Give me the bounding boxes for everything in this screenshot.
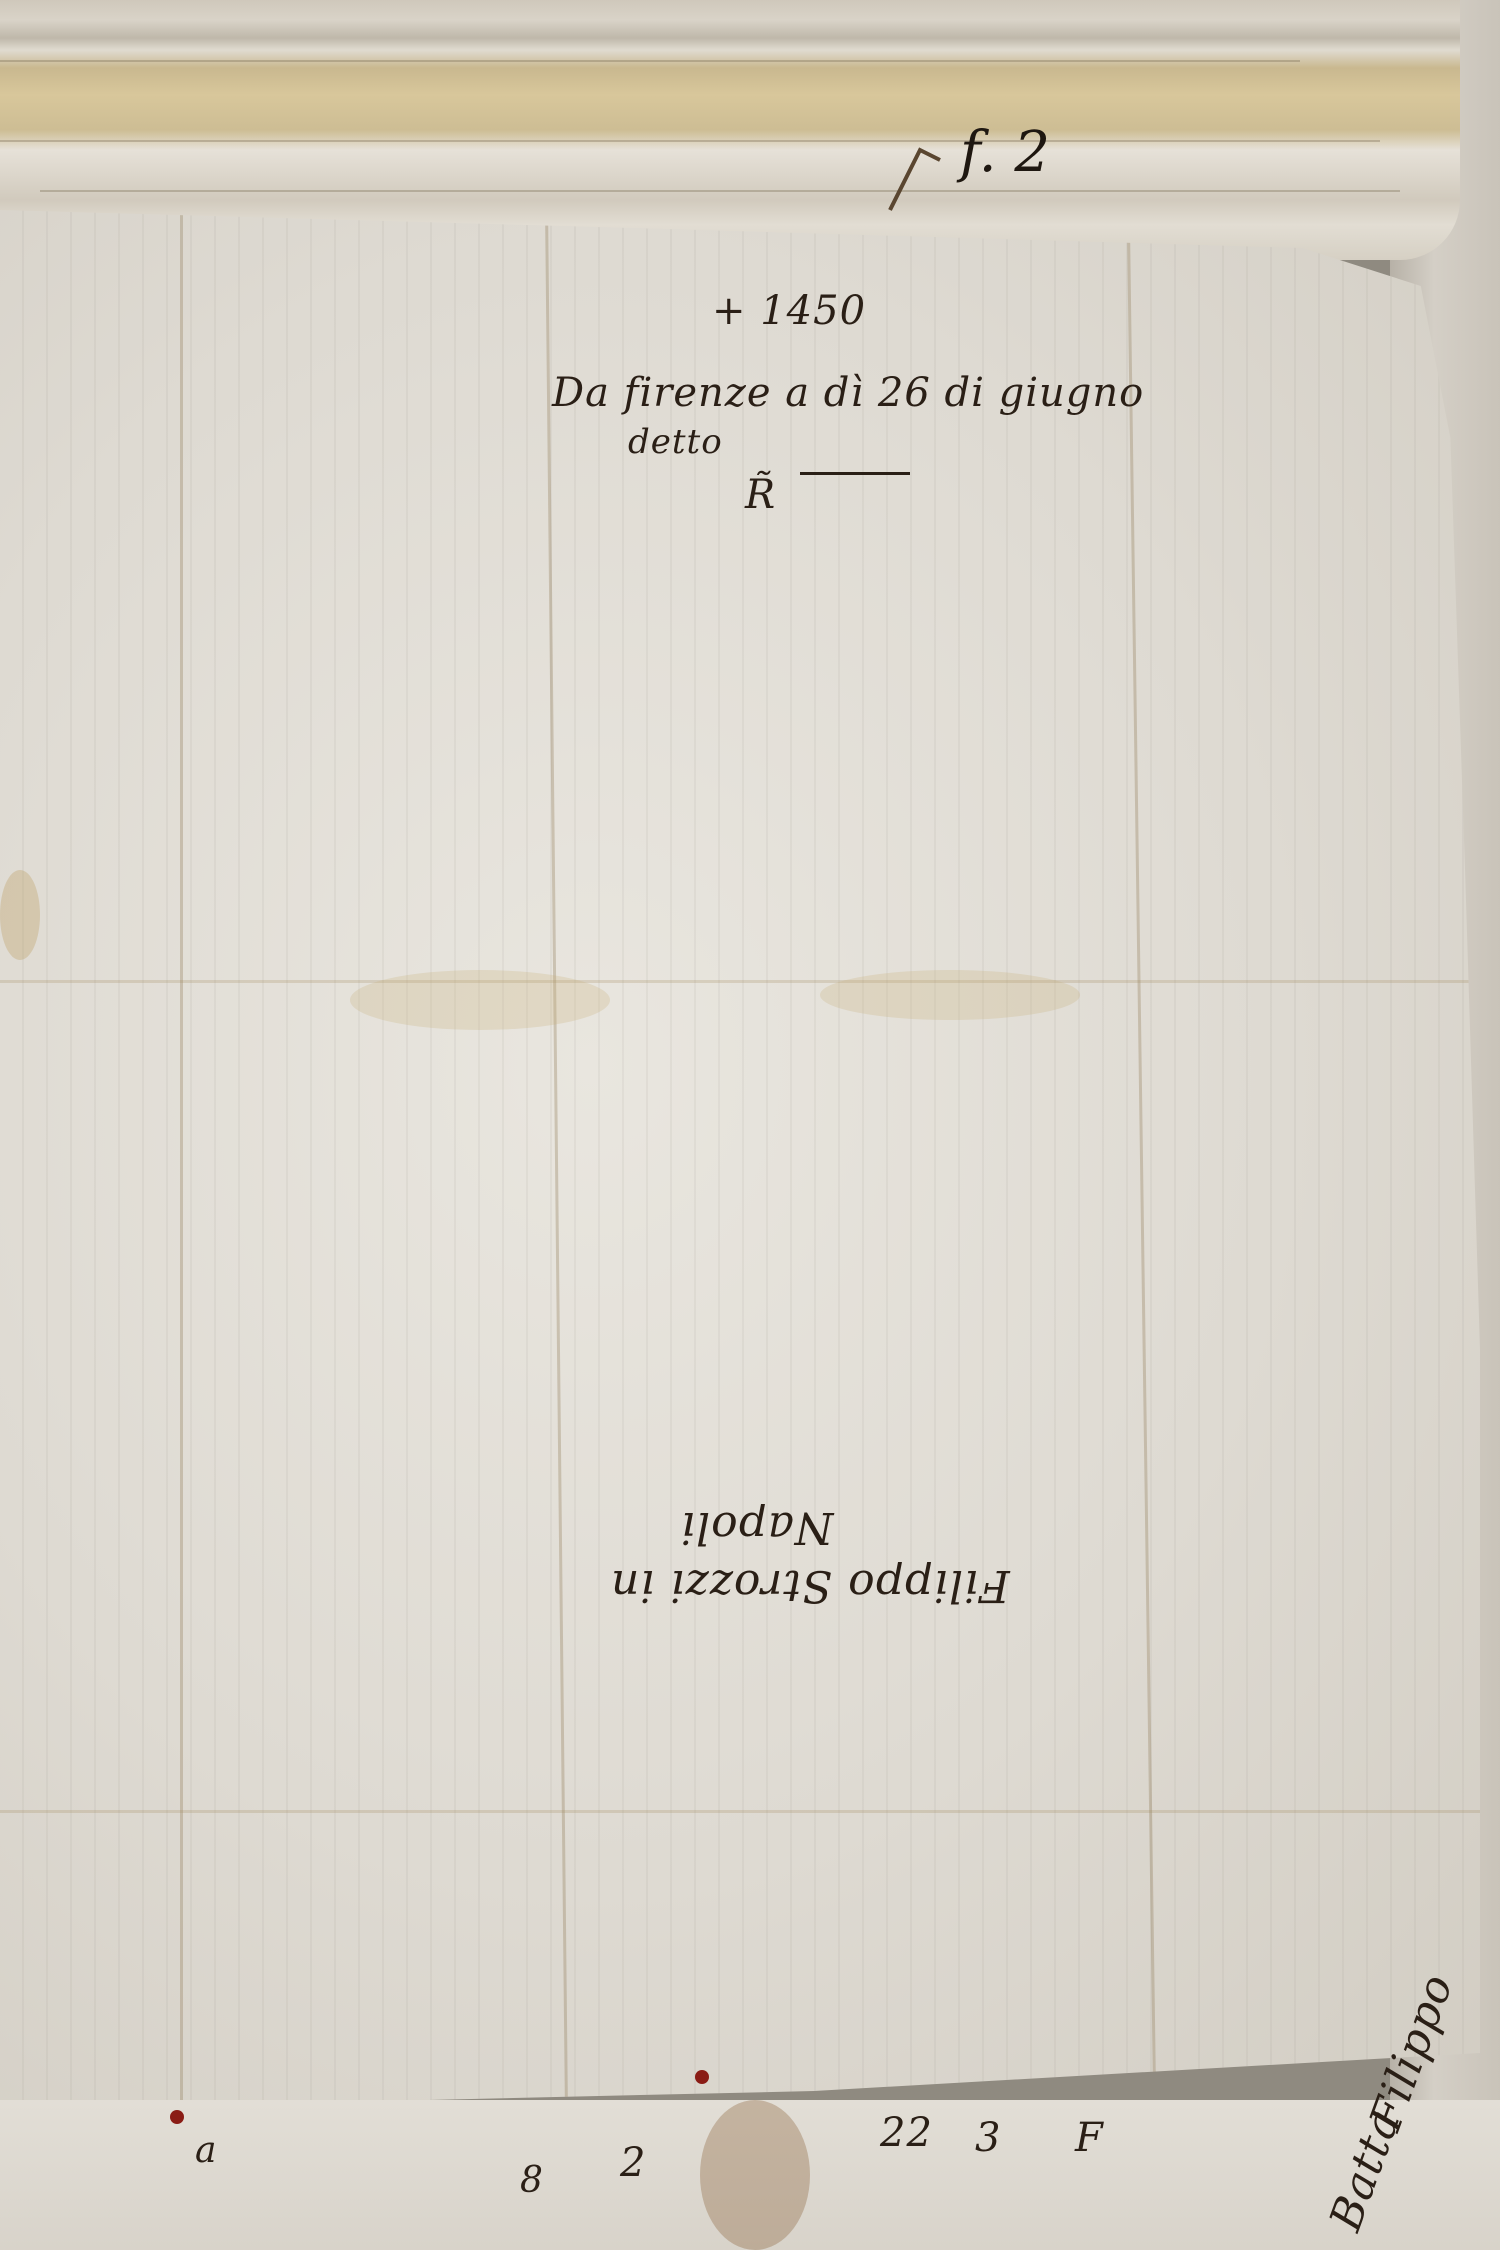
docket-line-2: detto [628,422,723,462]
folio-mark: f. 2 [960,120,1050,185]
stack-edge-line [0,60,1300,62]
underlying-letter: a 8 2 22 3 F Filippo Batta [0,2100,1500,2250]
wax-drop [695,2070,709,2084]
ink-stroke-mark [880,140,960,220]
fold-line [180,210,183,2110]
address-leaf: + 1450 Da firenze a dì 26 di giugno dett… [0,210,1480,2110]
address-line-name: Filippo Strozzi in [610,1560,1010,1611]
fragment-text: 2 [620,2140,646,2186]
address-line-city: Napoli [680,1502,834,1553]
fragment-text: a [195,2130,217,2171]
docket-underline [800,472,910,475]
docket-mark: R̃ [745,472,776,518]
stack-edge-line [0,140,1380,142]
fragment-text: Batta [1320,2102,1411,2237]
docket-year: + 1450 [712,288,866,334]
stain [0,870,40,960]
stain [700,2100,810,2250]
fragment-text: F [1075,2115,1104,2161]
fragment-text: 8 [520,2160,544,2201]
stain [350,970,610,1030]
fold-line [0,1810,1480,1813]
manuscript-photo: f. 2 + 1450 Da firenze a dì 26 di giugno… [0,0,1500,2250]
wax-drop [170,2110,184,2124]
fold-line [0,980,1480,983]
fragment-text: 22 [880,2110,933,2156]
show-through-writing [0,210,1480,2110]
stack-edge-line [40,190,1400,192]
docket-line-1: Da firenze a dì 26 di giugno [552,370,1144,416]
stain [820,970,1080,1020]
fragment-text: 3 [975,2115,1001,2161]
